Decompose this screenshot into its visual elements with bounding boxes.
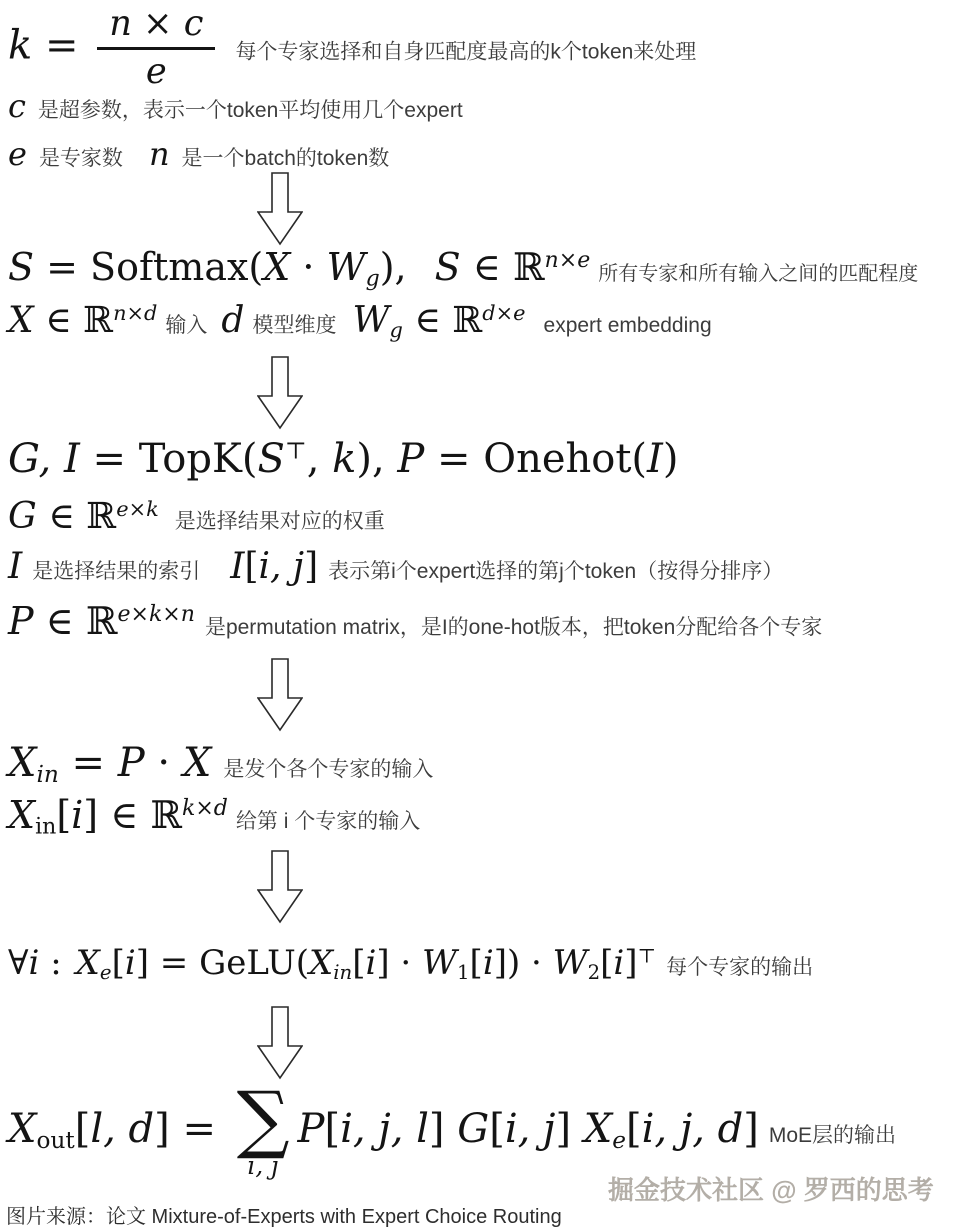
math-token: X — [309, 943, 333, 983]
math-token: i, j — [259, 546, 305, 587]
math-token: k — [8, 22, 32, 68]
math-token: P — [397, 436, 424, 482]
math-token: P — [118, 740, 145, 786]
annotation-text: 给第 i 个专家的输入 — [236, 810, 420, 833]
superscript: n×e — [545, 248, 591, 273]
fraction-denominator: e — [134, 54, 179, 91]
annotation-text: 每个专家选择和自身匹配度最高的k个token来处理 — [235, 40, 696, 63]
subscript: 2 — [588, 961, 601, 984]
annotation-text: 是发个各个专家的输入 — [223, 758, 433, 781]
subscript: e — [100, 961, 112, 984]
math-token: I — [230, 546, 244, 587]
math-token: [ — [626, 1106, 642, 1152]
subscript: g — [389, 318, 402, 342]
math-token: [ — [352, 943, 365, 983]
math-token: [ — [324, 1106, 340, 1152]
math-token: ] — [555, 1106, 583, 1152]
subscript: in — [333, 961, 352, 984]
math-token: [ — [112, 943, 125, 983]
math-token: ] = GeLU( — [136, 943, 309, 983]
math-token: ] — [743, 1106, 759, 1152]
note-c-hyperparameter: c是超参数，表示一个token平均使用几个expert — [8, 88, 463, 125]
annotation-text: expert embedding — [544, 314, 712, 337]
math-token: e — [8, 135, 27, 173]
math-token: d — [221, 300, 244, 341]
math-token: i — [613, 943, 624, 983]
annotation-text: 表示第i个expert选择的第j个token（按得分排序） — [328, 560, 783, 583]
math-token: W — [327, 245, 366, 289]
superscript: ⊤ — [285, 438, 307, 465]
note-x-in-per-expert: Xin[i] ∈ ℝk×d给第 i 个专家的输入 — [8, 794, 420, 840]
annotation-text: 是专家数 — [39, 147, 123, 170]
math-token: ]) · — [494, 943, 553, 983]
math-token: ] ∈ ℝ — [83, 793, 182, 837]
fraction-numerator: n × c — [97, 6, 215, 43]
math-token: X — [183, 740, 211, 786]
watermark-text: 掘金技术社区 @ 罗西的思考 — [608, 1170, 934, 1207]
math-token: X — [8, 793, 35, 837]
math-token: i, j, l — [340, 1106, 429, 1152]
formula-k-per-expert: k = n × ce每个专家选择和自身匹配度最高的k个token来处理 — [8, 6, 696, 91]
math-token: n — [149, 135, 170, 173]
math-token: ∈ ℝ — [461, 245, 545, 289]
subscript: in — [36, 761, 58, 788]
math-token: k — [332, 436, 356, 482]
annotation-text: 是选择结果的索引 — [32, 560, 200, 583]
down-arrow-icon — [257, 658, 303, 732]
math-token: · — [290, 245, 326, 289]
subscript: in — [35, 815, 56, 840]
math-token: X — [584, 1106, 612, 1152]
math-token: · — [145, 740, 183, 786]
formula-softmax-scores: S = Softmax(X · Wg),S ∈ ℝn×e所有专家和所有输入之间的… — [8, 246, 918, 292]
math-token: c — [8, 87, 26, 125]
math-token: X — [8, 740, 36, 786]
subscript: 1 — [457, 961, 470, 984]
math-token: P — [8, 599, 34, 643]
subscript: e — [612, 1127, 626, 1154]
math-token: ∈ ℝ — [34, 300, 113, 341]
fraction-bar — [97, 47, 215, 50]
math-token: ∈ ℝ — [37, 496, 116, 537]
math-token: = — [32, 22, 91, 68]
math-token: S — [257, 436, 284, 482]
subscript: g — [366, 267, 380, 292]
math-token: l, d — [90, 1106, 154, 1152]
math-token: ) — [663, 436, 679, 482]
summation-symbol: ∑i, j — [237, 1086, 290, 1178]
annotation-text: 是超参数，表示一个token平均使用几个expert — [38, 99, 463, 122]
math-token: i — [125, 943, 136, 983]
math-token: ] — [624, 943, 637, 983]
math-token: [ — [75, 1106, 91, 1152]
math-token: = — [59, 740, 118, 786]
note-i-indices: I是选择结果的索引I[i, j]表示第i个expert选择的第j个token（按… — [8, 546, 783, 587]
annotation-text: 所有专家和所有输入之间的匹配程度 — [598, 263, 918, 285]
formula-topk-onehot: G, I = TopK(S⊤, k), P = Onehot(I) — [8, 436, 678, 482]
math-token: i — [29, 943, 40, 983]
down-arrow-icon — [257, 1006, 303, 1080]
annotation-text: 每个专家的输出 — [666, 956, 813, 979]
annotation-text: 模型维度 — [252, 314, 336, 337]
annotation-text: 是一个batch的token数 — [182, 147, 390, 170]
math-token: = Onehot( — [424, 436, 647, 482]
subscript: out — [36, 1127, 74, 1154]
annotation-text: 是permutation matrix，是I的one-hot版本，把token分… — [205, 616, 822, 639]
math-token: i — [365, 943, 376, 983]
down-arrow-icon — [257, 356, 303, 430]
sigma-glyph: ∑ — [237, 1086, 290, 1153]
math-token: W — [553, 943, 588, 983]
math-token: ∈ ℝ — [403, 300, 482, 341]
math-token: I — [8, 546, 22, 587]
image-source-caption: 图片来源：论文 Mixture-of-Experts with Expert C… — [6, 1200, 562, 1229]
math-token: W — [422, 943, 457, 983]
math-token: i, j — [505, 1106, 556, 1152]
math-token: i, j, d — [642, 1106, 744, 1152]
annotation-text: 输入 — [165, 314, 207, 337]
math-token: I — [647, 436, 663, 482]
math-token: [ — [56, 793, 71, 837]
superscript: e×k — [116, 497, 159, 521]
fraction: n × ce — [97, 6, 215, 91]
math-token: ∈ ℝ — [34, 599, 118, 643]
annotation-text: MoE层的输出 — [769, 1124, 896, 1147]
superscript: e×k×n — [117, 602, 195, 627]
superscript: n×d — [113, 301, 157, 325]
note-g-weights: G ∈ ℝe×k是选择结果对应的权重 — [8, 496, 385, 537]
superscript: k×d — [182, 796, 228, 821]
math-token: G — [8, 496, 37, 537]
math-token: = Softmax( — [34, 245, 263, 289]
math-token: X — [263, 245, 290, 289]
math-token: P — [298, 1106, 325, 1152]
math-token: X — [8, 1106, 36, 1152]
math-token: X — [8, 300, 34, 341]
superscript: ⊤ — [638, 945, 657, 968]
math-token: ), — [380, 245, 407, 289]
superscript: d×e — [482, 301, 525, 325]
down-arrow-icon — [257, 172, 303, 246]
math-token: ] — [304, 546, 318, 587]
math-token: [ — [489, 1106, 505, 1152]
note-e-experts-n-tokens: e是专家数n是一个batch的token数 — [8, 136, 389, 173]
math-token: = TopK( — [80, 436, 258, 482]
math-token: X — [76, 943, 100, 983]
math-token: [ — [600, 943, 613, 983]
math-token: ∀ — [8, 943, 29, 983]
math-token: S — [435, 245, 461, 289]
note-p-permutation-matrix: P ∈ ℝe×k×n是permutation matrix，是I的one-hot… — [8, 600, 822, 644]
formula-x-in: Xin = P · X是发个各个专家的输入 — [8, 740, 433, 788]
sum-limits: i, j — [247, 1154, 278, 1179]
moe-expert-choice-diagram: k = n × ce每个专家选择和自身匹配度最高的k个token来处理 c是超参… — [0, 0, 955, 1231]
math-token: i — [71, 793, 83, 837]
formula-expert-ffn-gelu: ∀i :Xe[i] = GeLU(Xin[i] · W1[i]) · W2[i]… — [8, 944, 813, 985]
formula-moe-output-sum: Xout[l, d] = ∑i, jP[i, j, l] G[i, j] Xe[… — [8, 1086, 896, 1178]
math-token: G, I — [8, 436, 80, 482]
math-token: ), — [356, 436, 397, 482]
math-token: : — [39, 943, 61, 983]
math-token: ] · — [376, 943, 422, 983]
note-input-dim-expert-embedding: X ∈ ℝn×d输入d模型维度Wg ∈ ℝd×eexpert embedding — [8, 300, 712, 342]
math-token: W — [352, 300, 389, 341]
math-token: [ — [470, 943, 483, 983]
math-token: i — [483, 943, 494, 983]
math-token: , — [307, 436, 332, 482]
math-token: [ — [244, 546, 258, 587]
down-arrow-icon — [257, 850, 303, 924]
math-token: ] = — [154, 1106, 229, 1152]
math-token: G — [457, 1106, 489, 1152]
math-token: S — [8, 245, 34, 289]
math-token: ] — [429, 1106, 457, 1152]
annotation-text: 是选择结果对应的权重 — [175, 510, 385, 533]
